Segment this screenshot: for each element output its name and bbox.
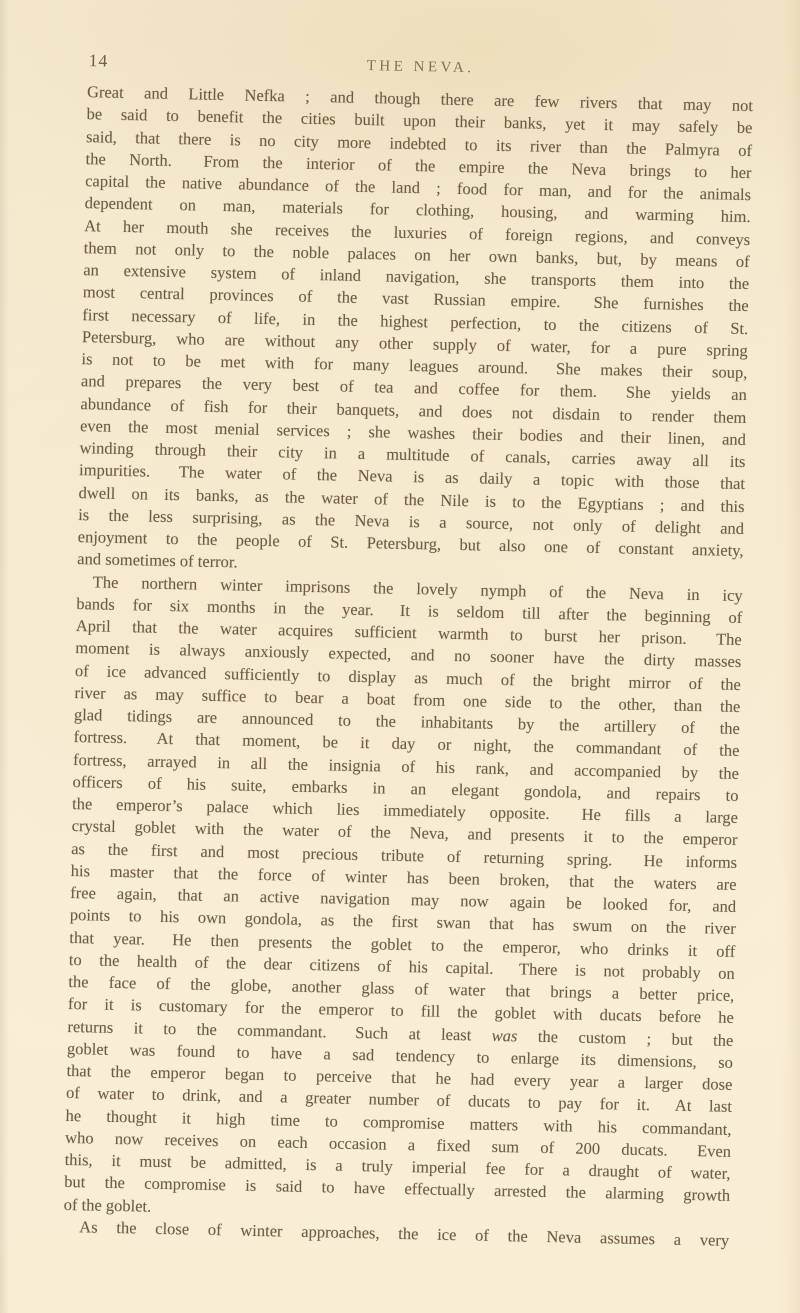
paragraph: Great and Little Nefka ; and though ther… xyxy=(77,81,753,584)
running-head: THE NEVA. xyxy=(87,49,753,85)
page-number: 14 xyxy=(88,49,108,71)
text-block: Great and Little Nefka ; and though ther… xyxy=(63,81,753,1252)
page-sheet: 14 THE NEVA. Great and Little Nefka ; an… xyxy=(63,49,754,1252)
paragraph: The northern winter imprisons the lovely… xyxy=(64,571,743,1230)
scanned-book-page: { "page": { "number": "14", "running_hea… xyxy=(0,0,800,1313)
page-header: 14 THE NEVA. xyxy=(87,49,753,85)
